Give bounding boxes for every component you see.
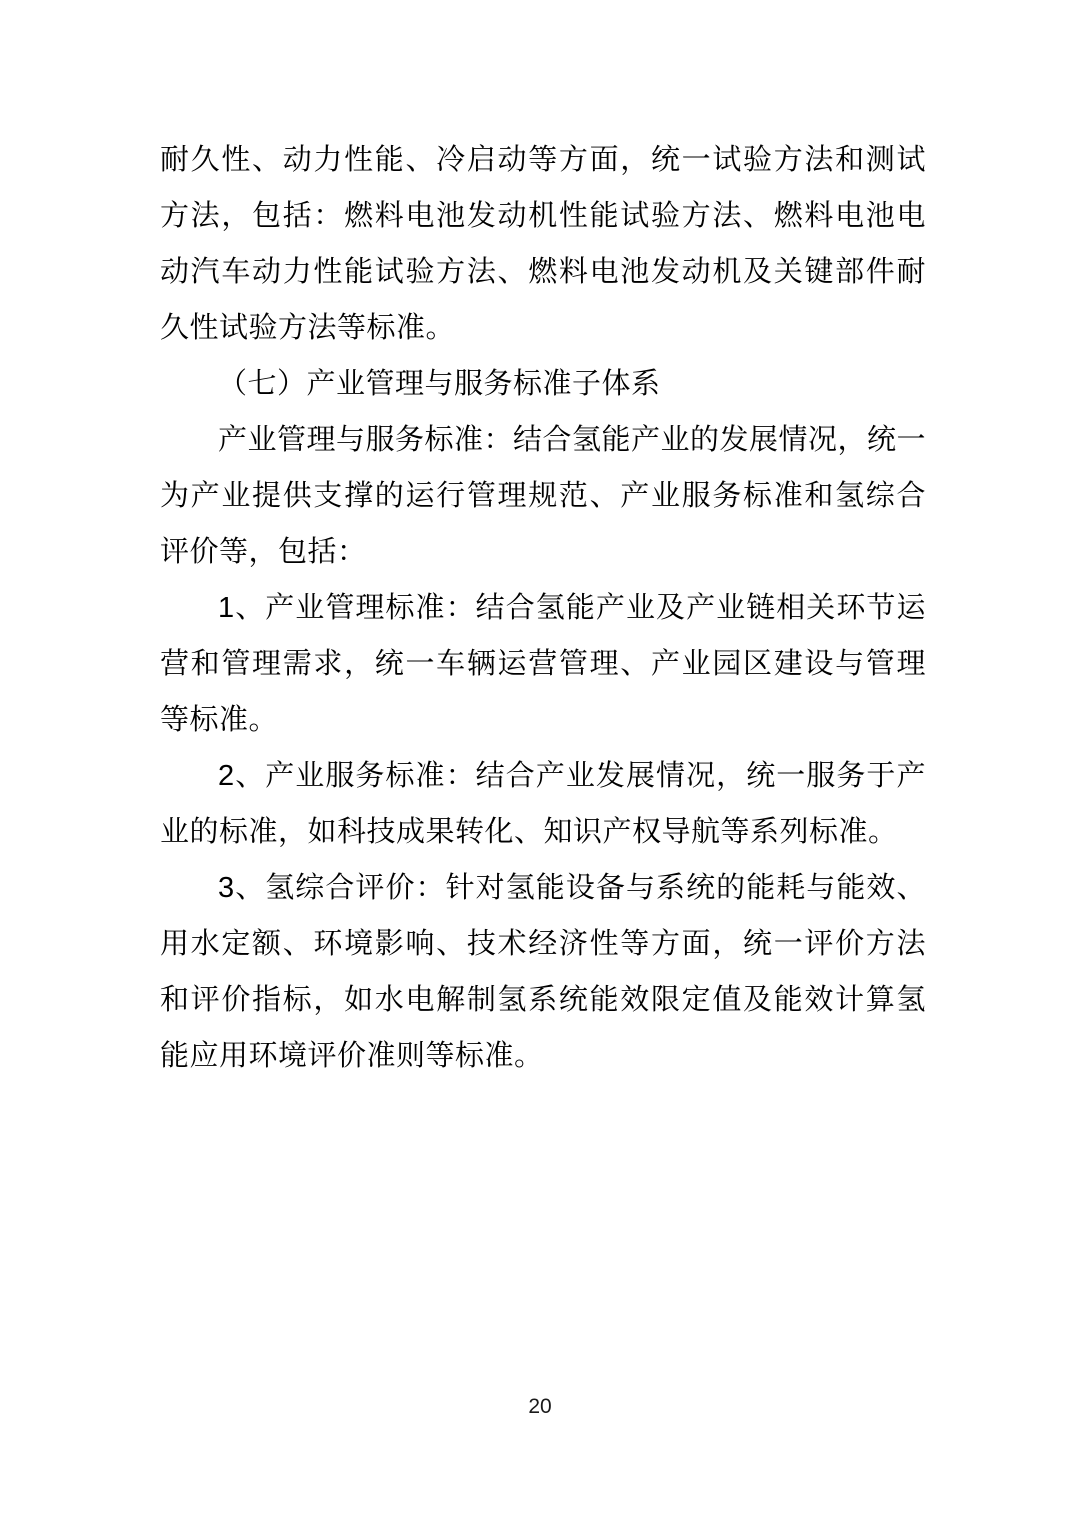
- paragraph: 3、氢综合评价：针对氢能设备与系统的能耗与能效、用水定额、环境影响、技术经济性等…: [160, 860, 926, 1084]
- document-body: 耐久性、动力性能、冷启动等方面，统一试验方法和测试方法，包括：燃料电池发动机性能…: [160, 132, 926, 1084]
- document-page: 耐久性、动力性能、冷启动等方面，统一试验方法和测试方法，包括：燃料电池发动机性能…: [0, 0, 1080, 1528]
- paragraph: 耐久性、动力性能、冷启动等方面，统一试验方法和测试方法，包括：燃料电池发动机性能…: [160, 132, 926, 356]
- page-number: 20: [0, 1392, 1080, 1422]
- paragraph: 1、产业管理标准：结合氢能产业及产业链相关环节运营和管理需求，统一车辆运营管理、…: [160, 580, 926, 748]
- paragraph: 产业管理与服务标准：结合氢能产业的发展情况，统一为产业提供支撑的运行管理规范、产…: [160, 412, 926, 580]
- paragraph: （七）产业管理与服务标准子体系: [160, 356, 926, 412]
- paragraph: 2、产业服务标准：结合产业发展情况，统一服务于产业的标准，如科技成果转化、知识产…: [160, 748, 926, 860]
